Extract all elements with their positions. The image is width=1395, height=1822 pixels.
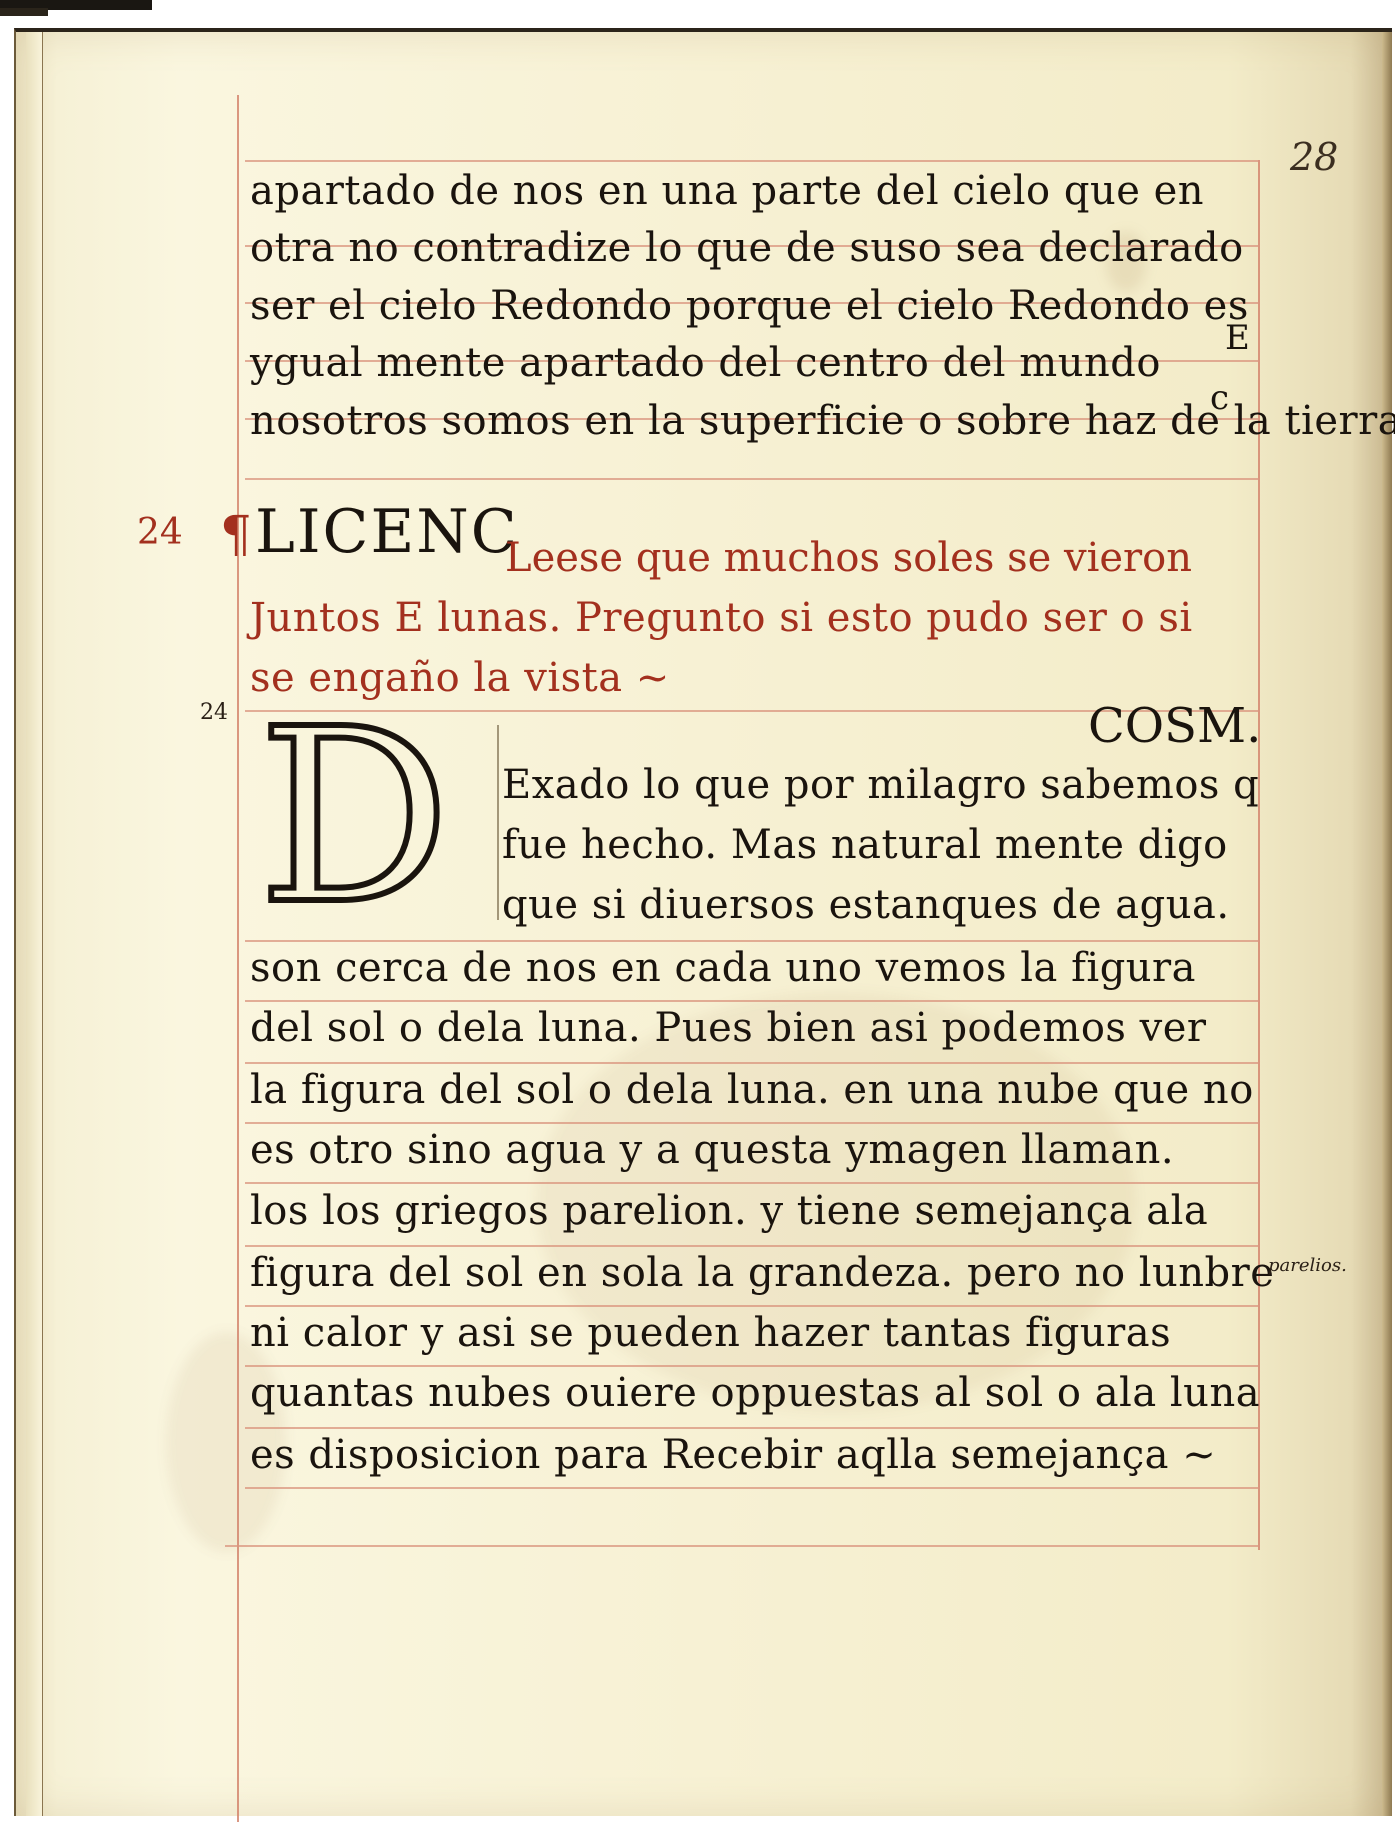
ruling-line (245, 1305, 1260, 1307)
margin-mark: c (1210, 378, 1229, 418)
text-line: ser el cielo Redondo porque el cielo Red… (250, 283, 1249, 329)
decorated-initial-d: D (258, 722, 448, 912)
ruling-line (245, 1427, 1260, 1429)
rubric-line: Leese que muchos soles se vieron (505, 535, 1192, 581)
text-line: que si diuersos estanques de agua. (502, 882, 1230, 928)
text-line: la figura del sol o dela luna. en una nu… (250, 1067, 1254, 1113)
text-line: fue hecho. Mas natural mente digo (502, 822, 1228, 868)
initial-frame-line (497, 725, 499, 920)
marginal-note: parelios. (1268, 1255, 1347, 1276)
text-line: apartado de nos en una parte del cielo q… (250, 168, 1204, 214)
rubric-line: Juntos E lunas. Pregunto si esto pudo se… (250, 595, 1193, 641)
text-line: del sol o dela luna. Pues bien asi podem… (250, 1005, 1207, 1051)
scan-edge-top-left-inner (0, 8, 48, 16)
text-line: Exado lo que por milagro sabemos q (502, 762, 1259, 808)
text-line: ygual mente apartado del centro del mund… (250, 340, 1161, 386)
text-line: es otro sino agua y a questa ymagen llam… (250, 1127, 1174, 1173)
speaker-cosmografo: COSM. (1088, 698, 1261, 754)
text-line: son cerca de nos en cada uno vemos la fi… (250, 945, 1196, 991)
ruling-line (245, 1365, 1260, 1367)
folio-number: 28 (1290, 135, 1338, 179)
margin-mark: E (1225, 318, 1250, 358)
pilcrow-icon: ¶ (220, 505, 252, 563)
ruling-line (245, 1062, 1260, 1064)
ruling-line (245, 478, 1260, 480)
ruling-left-margin (237, 95, 239, 1822)
margin-number: 24 (200, 700, 228, 725)
text-line: quantas nubes ouiere oppuestas al sol o … (250, 1370, 1260, 1416)
text-line: figura del sol en sola la grandeza. pero… (250, 1250, 1274, 1296)
ruling-line (245, 1000, 1260, 1002)
text-line: ni calor y asi se pueden hazer tantas fi… (250, 1310, 1171, 1356)
ruling-right-margin (1258, 160, 1260, 1550)
ruling-line (245, 1487, 1260, 1489)
chapter-number: 24 (137, 512, 183, 553)
ruling-line (225, 1545, 1260, 1547)
ruling-line (245, 160, 1260, 162)
speaker-licenciado: LICENC (255, 497, 519, 567)
text-line: es disposicion para Recebir aqlla semeja… (250, 1432, 1216, 1478)
ruling-line (245, 1122, 1260, 1124)
text-line: los los griegos parelion. y tiene semeja… (250, 1188, 1208, 1234)
ruling-line (245, 1245, 1260, 1247)
text-line: otra no contradize lo que de suso sea de… (250, 225, 1244, 271)
ruling-line (245, 1182, 1260, 1184)
